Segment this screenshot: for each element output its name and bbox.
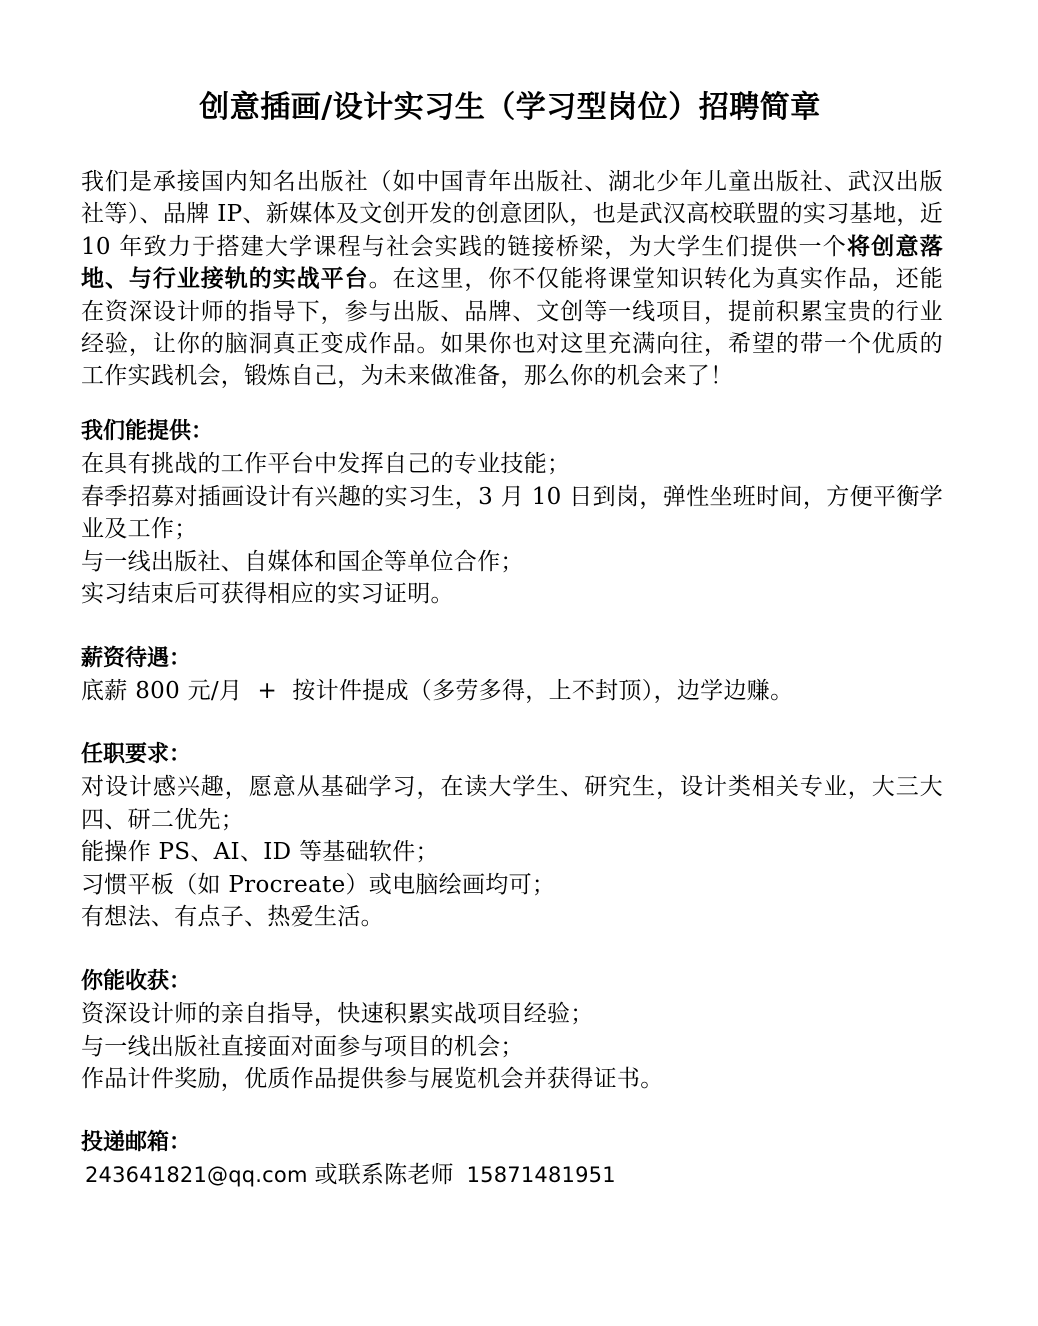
contact-connector: 或联系陈老师 <box>315 1162 454 1188</box>
benefit-item: 资深设计师的亲自指导，快速积累实战项目经验； <box>81 998 951 1030</box>
salary-item: 底薪 800 元/月 + 按计件提成（多劳多得，上不封顶），边学边赚。 <box>81 675 951 707</box>
contact-phone[interactable]: 15871481951 <box>467 1163 616 1187</box>
contact-line: 243641821@qq.com 或联系陈老师 15871481951 <box>81 1159 951 1191</box>
requirement-item: 能操作 PS、AI、ID 等基础软件； <box>81 836 951 868</box>
section-heading-salary: 薪资待遇： <box>81 643 951 675</box>
offer-item: 在具有挑战的工作平台中发挥自己的专业技能； <box>81 448 951 480</box>
section-requirements: 任职要求： 对设计感兴趣，愿意从基础学习，在读大学生、研究生，设计类相关专业，大… <box>81 739 951 933</box>
section-heading-requirements: 任职要求： <box>81 739 951 771</box>
section-heading-benefits: 你能收获： <box>81 966 951 998</box>
benefit-item: 与一线出版社直接面对面参与项目的机会； <box>81 1031 951 1063</box>
section-heading-contact: 投递邮箱： <box>81 1127 951 1159</box>
section-heading-offer: 我们能提供： <box>81 416 951 448</box>
intro-paragraph: 我们是承接国内知名出版社（如中国青年出版社、湖北少年儿童出版社、武汉出版社等）、… <box>81 166 943 393</box>
requirement-item: 对设计感兴趣，愿意从基础学习，在读大学生、研究生，设计类相关专业，大三大四、研二… <box>81 771 943 836</box>
benefit-item: 作品计件奖励，优质作品提供参与展览机会并获得证书。 <box>81 1063 951 1095</box>
offer-item: 实习结束后可获得相应的实习证明。 <box>81 578 951 610</box>
section-benefits: 你能收获： 资深设计师的亲自指导，快速积累实战项目经验； 与一线出版社直接面对面… <box>81 966 951 1096</box>
intro-text-part1: 我们是承接国内知名出版社（如中国青年出版社、湖北少年儿童出版社、武汉出版社等）、… <box>81 169 943 260</box>
section-salary: 薪资待遇： 底薪 800 元/月 + 按计件提成（多劳多得，上不封顶），边学边赚… <box>81 643 951 708</box>
contact-email[interactable]: 243641821@qq.com <box>85 1163 308 1187</box>
document-title: 创意插画/设计实习生（学习型岗位）招聘简章 <box>0 86 1020 130</box>
section-contact: 投递邮箱： 243641821@qq.com 或联系陈老师 1587148195… <box>81 1127 951 1192</box>
offer-item: 与一线出版社、自媒体和国企等单位合作； <box>81 546 951 578</box>
section-offer: 我们能提供： 在具有挑战的工作平台中发挥自己的专业技能； 春季招募对插画设计有兴… <box>81 416 951 610</box>
document-page: 创意插画/设计实习生（学习型岗位）招聘简章 我们是承接国内知名出版社（如中国青年… <box>0 0 1038 1326</box>
offer-item: 春季招募对插画设计有兴趣的实习生，3 月 10 日到岗，弹性坐班时间，方便平衡学… <box>81 481 943 546</box>
requirement-item: 有想法、有点子、热爱生活。 <box>81 901 951 933</box>
requirement-item: 习惯平板（如 Procreate）或电脑绘画均可； <box>81 869 951 901</box>
